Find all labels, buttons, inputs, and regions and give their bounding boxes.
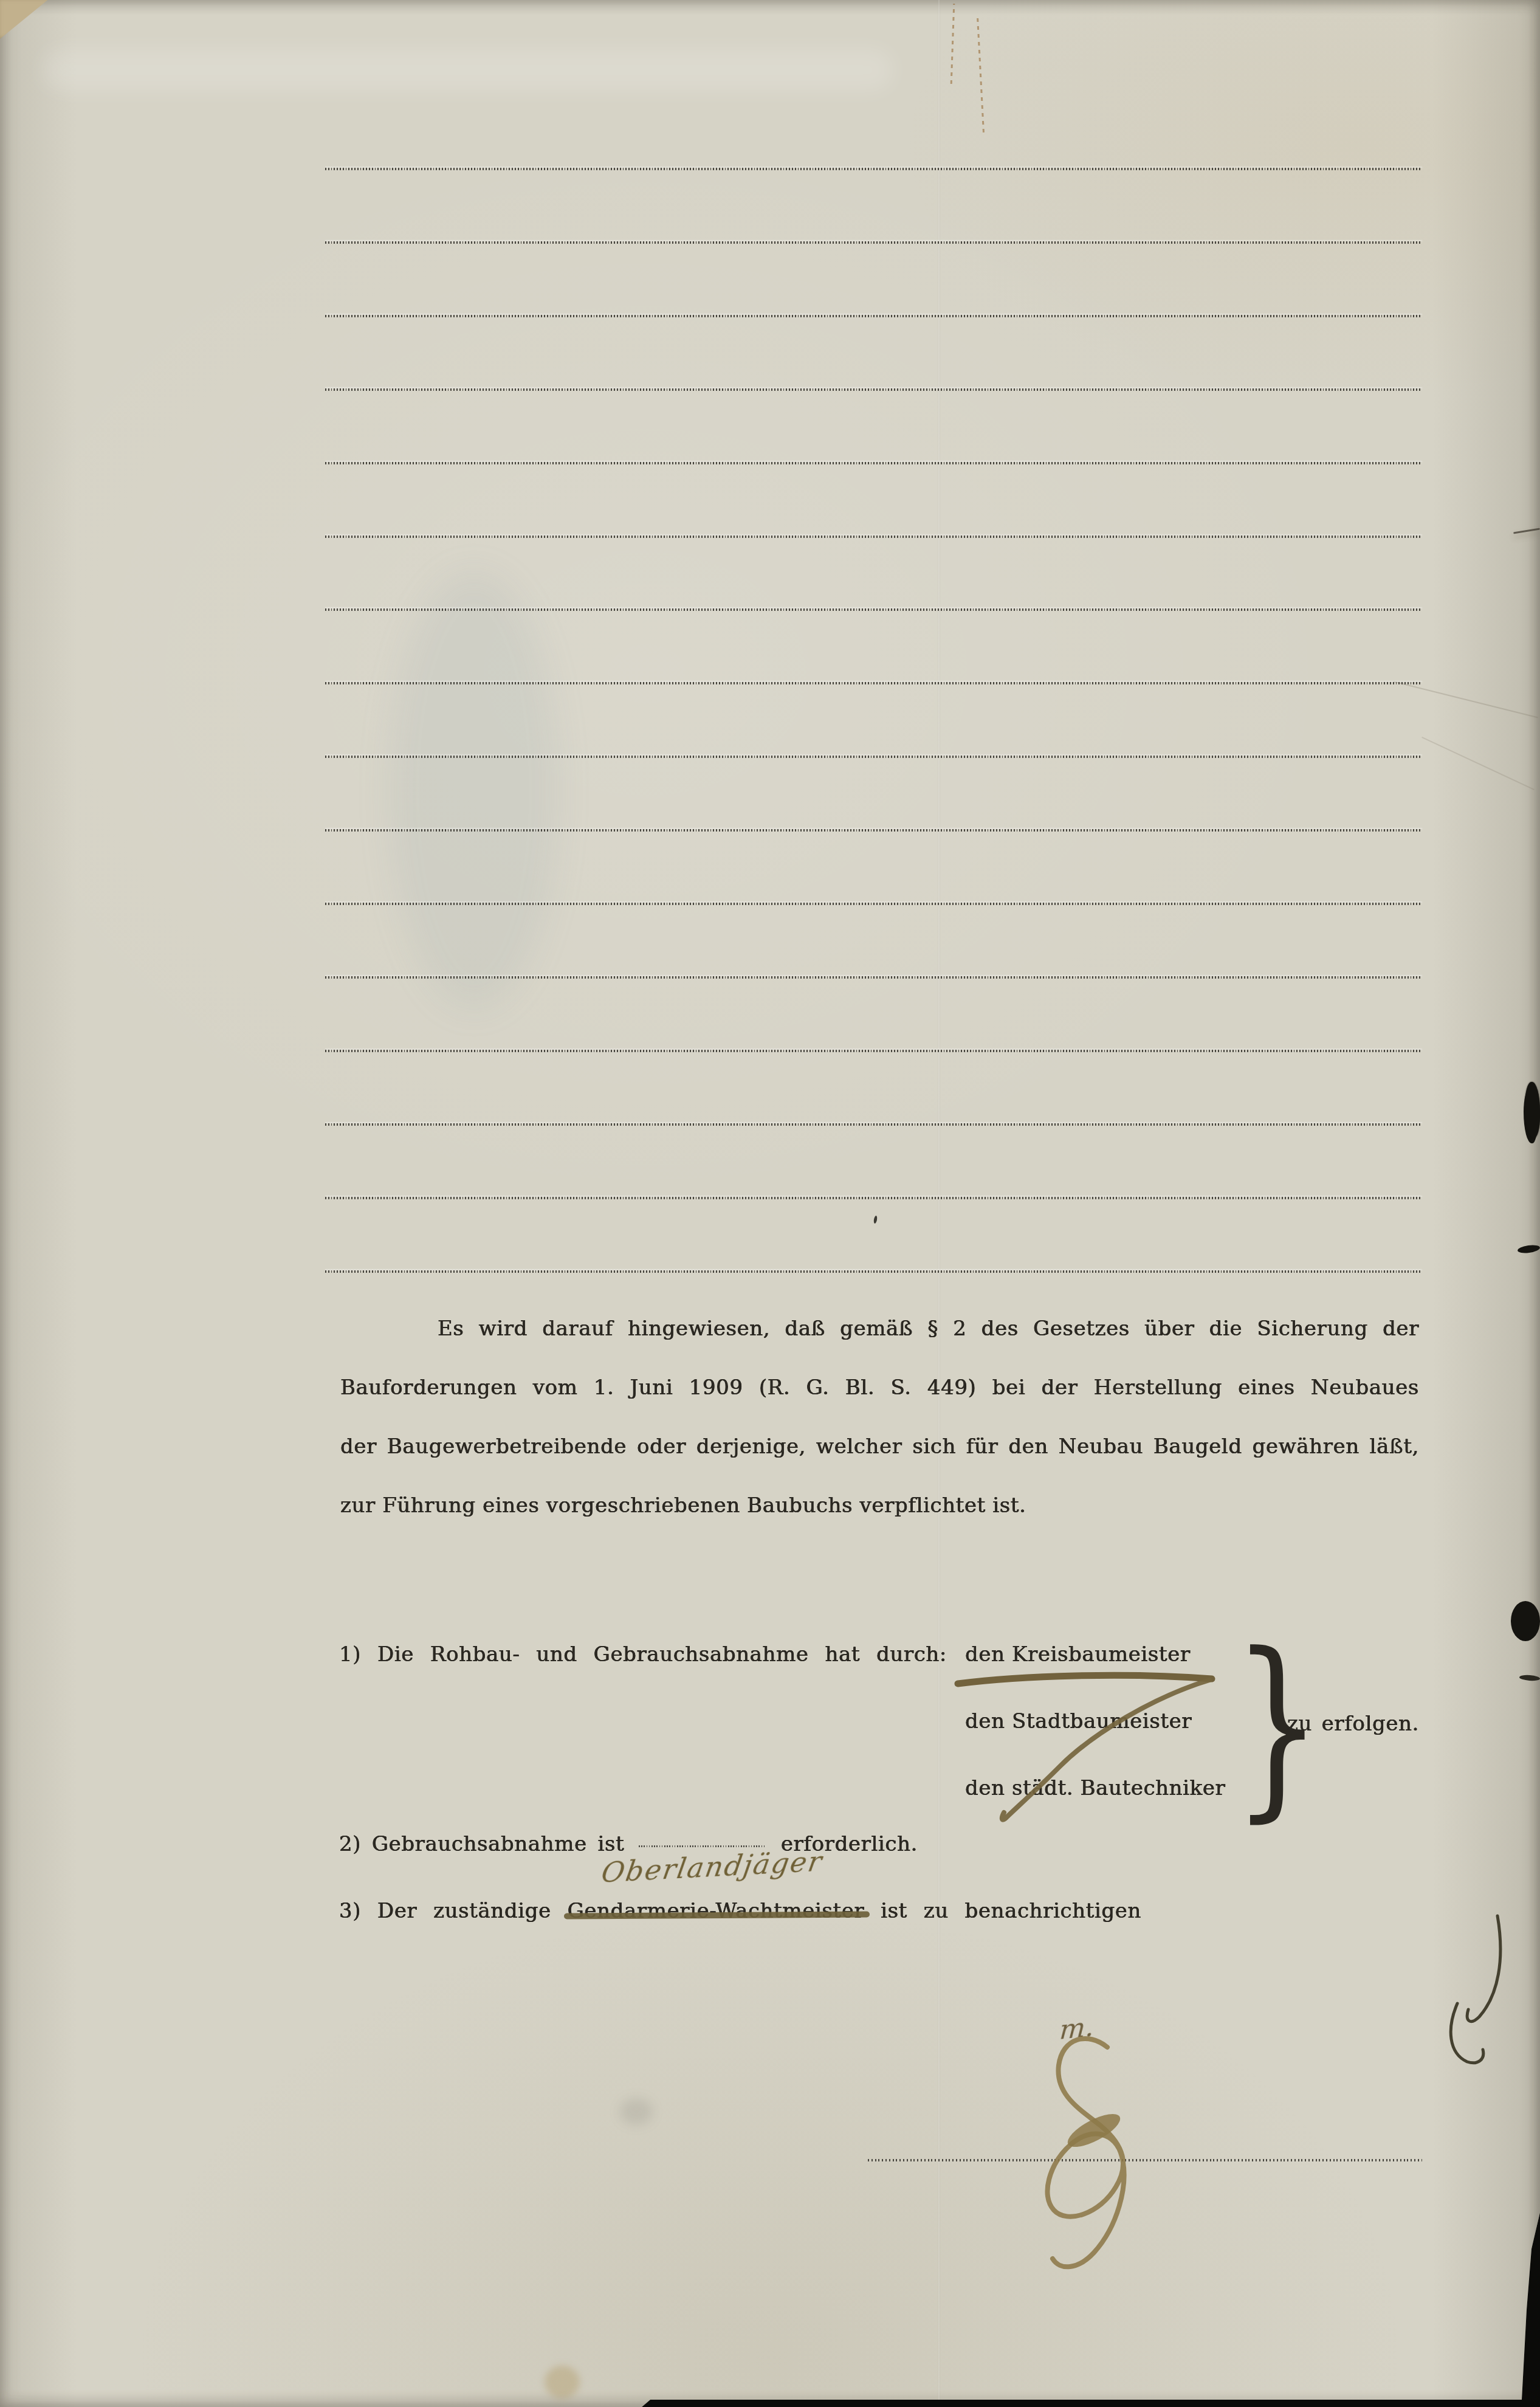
ink-speck bbox=[873, 1216, 878, 1224]
edge-tear bbox=[1513, 528, 1540, 534]
blank-ruled-line bbox=[325, 1050, 1422, 1052]
stain-spot bbox=[545, 2366, 580, 2398]
handwritten-note: m. bbox=[1059, 2011, 1095, 2046]
edge-crease bbox=[1421, 737, 1535, 790]
signature-dotted-line bbox=[868, 2159, 1422, 2161]
notice-line: der Baugewerbetreibende oder derjenige, … bbox=[340, 1434, 1419, 1493]
blank-fill-in-field bbox=[639, 1845, 766, 1847]
blank-ruled-line bbox=[325, 1197, 1422, 1199]
blank-ruled-line bbox=[325, 315, 1422, 317]
ink-blot bbox=[1519, 1675, 1540, 1681]
rust-trace-mark bbox=[977, 17, 985, 133]
item-3-text-before: Der zuständige bbox=[377, 1899, 551, 1923]
blank-ruled-line bbox=[325, 682, 1422, 684]
margin-pen-mark bbox=[1451, 2003, 1483, 2063]
item-1-result: zu erfolgen. bbox=[1287, 1712, 1419, 1736]
blank-ruled-line bbox=[325, 1270, 1422, 1273]
item-number: 3) bbox=[339, 1899, 361, 1923]
rust-trace-mark bbox=[950, 4, 955, 84]
struck-word-gendarmerie-wachtmeister: Gendarmerie-Wachtmeister bbox=[568, 1899, 865, 1923]
blank-ruled-line bbox=[325, 829, 1422, 832]
blank-ruled-line bbox=[325, 976, 1422, 979]
form-item-3: 3) Der zuständige Gendarmerie-Wachtmeist… bbox=[339, 1899, 1141, 1923]
blank-ruled-line bbox=[325, 241, 1422, 244]
item-1-option-kreisbaumeister: den Kreisbaumeister bbox=[965, 1642, 1191, 1667]
item-number: 1) bbox=[339, 1642, 361, 1667]
torn-corner-chip bbox=[0, 0, 60, 41]
edge-crease bbox=[1394, 681, 1538, 718]
margin-pen-mark bbox=[1467, 1916, 1500, 2022]
vertical-paper-crease bbox=[938, 0, 940, 2407]
blank-ruled-line bbox=[325, 535, 1422, 538]
paper-sheet: Es wird darauf hingewiesen, daß gemäß § … bbox=[0, 0, 1540, 2407]
item-1-option-bautechniker: den städt. Bautechniker bbox=[965, 1776, 1225, 1800]
item-1-text: Die Rohbau- und Gebrauchsabnahme hat dur… bbox=[377, 1642, 947, 1667]
notice-line: Bauforderungen vom 1. Juni 1909 (R. G. B… bbox=[340, 1376, 1419, 1434]
blank-ruled-line bbox=[325, 756, 1422, 758]
grey-smudge bbox=[620, 2098, 653, 2125]
item-2-text-before: Gebrauchsabnahme ist bbox=[372, 1832, 624, 1856]
blank-ruled-line bbox=[325, 168, 1422, 170]
signature-flourish bbox=[1047, 2039, 1124, 2267]
notice-paragraph: Es wird darauf hingewiesen, daß gemäß § … bbox=[340, 1317, 1419, 1552]
ink-blot bbox=[1525, 1082, 1540, 1138]
form-item-1: 1) Die Rohbau- und Gebrauchsabnahme hat … bbox=[339, 1642, 947, 1667]
pen-underline-kreisbaumeister bbox=[958, 1675, 1212, 1684]
ink-bleedthrough-smudge bbox=[389, 571, 559, 1009]
blank-ruled-line bbox=[325, 608, 1422, 611]
notice-line: Es wird darauf hingewiesen, daß gemäß § … bbox=[340, 1317, 1419, 1376]
blank-ruled-line bbox=[325, 388, 1422, 391]
item-1-option-stadtbaumeister: den Stadtbaumeister bbox=[965, 1709, 1192, 1734]
notice-line: zur Führung eines vorgeschriebenen Baubu… bbox=[340, 1493, 1419, 1552]
embossed-impression bbox=[43, 49, 893, 91]
signature-flourish-blob bbox=[1064, 2107, 1125, 2153]
ink-blot bbox=[1517, 1244, 1540, 1254]
blank-ruled-line bbox=[325, 1123, 1422, 1126]
form-item-2: 2) Gebrauchsabnahme ist erforderlich. bbox=[339, 1832, 918, 1856]
item-3-text-after: ist zu benachrichtigen bbox=[881, 1899, 1141, 1923]
blank-ruled-line bbox=[325, 462, 1422, 464]
pen-annotations-layer bbox=[0, 0, 1540, 2407]
item-number: 2) bbox=[339, 1832, 361, 1856]
ink-blot bbox=[1511, 1601, 1540, 1641]
blank-ruled-line bbox=[325, 903, 1422, 905]
